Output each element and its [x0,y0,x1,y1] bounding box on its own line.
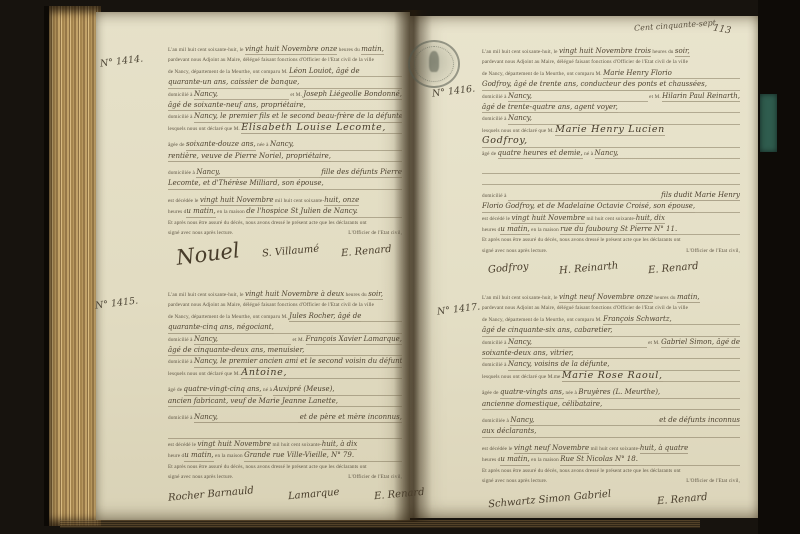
handwritten-text: Nancy, [508,337,532,348]
printed-text: domicilié à [482,114,508,124]
handwritten-text: quatre-vingt-cinq ans, [184,384,262,395]
record-line: signé avec nous après lecture.L'Officier… [168,472,402,482]
handwritten-text: Grande rue Ville-Vieille, N° 79. [244,450,354,461]
record-line: de Nancy, département de la Meurthe, ont… [482,314,740,325]
printed-text: domiciliée à [482,416,510,426]
record-line: Et après nous être assuré du décès, nous… [482,466,740,476]
handwritten-text: vingt huit Novembre [200,195,274,206]
record-line: de Nancy, département de la Meurthe, ont… [168,311,402,322]
official-seal-icon [408,40,460,88]
handwritten-text: rue du faubourg St Pierre N° 11. [560,224,677,235]
record-line: lesquels nous ont déclaré que M. Elisabe… [168,123,402,134]
record-line [482,174,740,184]
printed-text: signé avec nous après lecture. [482,246,547,256]
handwritten-text: François Schwartz, [603,314,672,325]
record-line: pardevant nous Adjoint au Maire, délégué… [482,57,740,67]
handwritten-text: Marie Henry Florio [603,68,672,79]
printed-text: est décédé le [168,440,197,450]
handwritten-text: huit, dix [636,213,665,224]
printed-text: L'an mil huit cent soixante-huit, le [482,47,559,57]
handwritten-text: quatre-vingts ans, [500,387,564,398]
handwritten-text: et de père et mère inconnus, [298,412,403,423]
handwritten-text: Joseph Liégeolle Bondonné, [303,89,402,100]
printed-text: domicilié à [168,90,194,100]
record-line: âgé de cinquante-deux ans, menuisier, [168,345,402,356]
officier-label: L'Officier de l'Etat civil, [348,472,402,482]
printed-text: domicilié à [168,335,194,345]
record-line: heures du matin, en la maison Rue St Nic… [482,454,740,465]
printed-text: domicilié à [482,360,508,370]
handwritten-text: Florio Godfroy, et de Madelaine Octavie … [482,201,695,212]
printed-text: domicilié à [482,338,508,348]
handwritten-text: u matin, [500,454,529,465]
signature: E. Renard [648,261,699,276]
handwritten-text: Léon Louiot, âgé de [289,66,359,77]
handwritten-text: Nancy, [270,139,294,150]
record-line: ancien fabricant, veuf de Marie Jeanne L… [168,396,402,407]
record-line: est décédé le vingt huit Novembre mil hu… [482,213,740,224]
signature-row: GodfroyH. ReinarthE. Renard [482,263,740,274]
handwritten-text: soir, [675,46,690,57]
printed-text: âgé de [168,385,184,395]
handwritten-text: fils dudit Marie Henry [659,190,740,201]
record-body: L'an mil huit cent soixante-huit, le vin… [168,289,402,482]
seal-figure [429,51,439,72]
printed-text: de Nancy, département de la Meurthe, ont… [482,315,603,325]
handwritten-text: Nancy, [194,334,218,345]
handwritten-text: quarante-un ans, caissier de banque, [168,77,299,88]
record-line: âgé de trente-quatre ans, agent voyer, [482,102,740,113]
printed-text: heures d [168,207,186,217]
record-line [482,164,740,174]
printed-text: Et après nous être assuré du décès, nous… [482,235,681,245]
register-scan: Cent cinquante-sept 113 N° 1414. L'an mi… [0,0,800,534]
handwritten-text: âgé de cinquante-deux ans, menuisier, [168,345,304,356]
handwritten-text: âgé de soixante-neuf ans, propriétaire, [168,100,306,111]
handwritten-text: Hilarin Paul Reinarth, [662,91,740,102]
handwritten-text: Nancy, [595,148,619,159]
record-line: pardevant nous Adjoint au Maire, délégué… [482,303,740,313]
handwritten-text: Jules Rocher, âgé de [289,311,361,322]
officier-label: L'Officier de l'Etat civil, [686,246,740,256]
record-line: L'an mil huit cent soixante-huit, le vin… [482,292,740,303]
printed-text: heures du [344,290,368,300]
printed-text: heures du [651,47,675,57]
handwritten-text: Nancy, [510,415,534,426]
handwritten-text: soixante-deux ans, vitrier, [482,348,574,359]
book-bottom-edge [60,520,700,528]
handwritten-text: Nancy, [194,412,218,423]
printed-text: domicilié à [168,112,194,122]
record-line: soixante-deux ans, vitrier, [482,348,740,359]
record-body: L'an mil huit cent soixante-huit, le vin… [482,292,740,487]
printed-text: L'an mil huit cent soixante-huit, le [168,45,245,55]
record-line: domiciliée à Nancy, et de défunts inconn… [482,415,740,426]
handwritten-text: Rue St Nicolas N° 18. [560,454,638,465]
death-record-entry: N° 1417. L'an mil huit cent soixante-hui… [482,292,740,505]
printed-text: né à [583,149,595,159]
printed-text: Et après nous être assuré du décès, nous… [168,218,367,228]
record-line: domicilié à Nancy, et M. Hilarin Paul Re… [482,91,740,102]
death-record-entry: N° 1414. L'an mil huit cent soixante-hui… [168,44,402,266]
handwritten-text: Gabriel Simon, âgé de [661,337,740,348]
printed-text: L'an mil huit cent soixante-huit, le [482,293,559,303]
book-fore-edge [44,6,101,526]
record-line: Et après nous être assuré du décès, nous… [168,218,402,228]
handwritten-name: Elisabeth Louise Lecomte, [241,123,386,134]
printed-text: domicilié à [168,357,194,367]
printed-text: lesquels nous ont déclaré que M.me [482,372,562,382]
printed-text: née à [564,388,578,398]
printed-text: mil huit cent soixante- [271,440,322,450]
handwritten-text: huit, à dix [322,439,358,450]
record-line: heures du matin, en la maison rue du fau… [482,224,740,235]
record-line: domicilié à fils dudit Marie Henry [482,190,740,201]
printed-text: pardevant nous Adjoint au Maire, délégué… [482,57,688,67]
record-line: âgé de quatre heures et demie, né à Nanc… [482,148,740,159]
record-line: pardevant nous Adjoint au Maire, délégué… [168,300,402,310]
record-line: âgé de soixante-neuf ans, propriétaire, [168,100,402,111]
signature: E. Renard [657,491,708,506]
ruled-fill-line [324,188,402,190]
record-line: L'an mil huit cent soixante-huit, le vin… [168,289,402,300]
printed-text: signé avec nous après lecture. [168,228,233,238]
handwritten-text: Nancy, [508,113,532,124]
record-line: Et après nous être assuré du décès, nous… [168,462,402,472]
printed-text: mil huit cent soixante- [273,196,324,206]
handwritten-text: Auxipré (Meuse), [273,384,334,395]
printed-text: lesquels nous ont déclaré que M. [168,124,241,134]
printed-text: de Nancy, département de la Meurthe, ont… [168,67,289,77]
handwritten-text: matin, [361,44,384,55]
printed-text: né à [262,385,274,395]
handwritten-text: quarante-cinq ans, négociant, [168,322,274,333]
printed-text: de Nancy, département de la Meurthe, ont… [168,312,289,322]
printed-text: et M. [289,90,303,100]
handwritten-text: aux déclarants, [482,426,536,437]
handwritten-text: u matin, [500,224,529,235]
printed-text: heures d [482,455,500,465]
ruled-fill-line [218,421,298,423]
handwritten-text: Nancy, le premier ancien ami et le secon… [194,356,402,367]
record-line: âgé de quatre-vingt-cinq ans, né à Auxip… [168,384,402,395]
record-line: est décédée le vingt neuf Novembre mil h… [482,443,740,454]
handwritten-text: ancienne domestique, célibataire, [482,399,602,410]
record-line: lesquels nous ont déclaré que M.me Marie… [482,371,740,382]
record-line: domicilié à Nancy, et de père et mère in… [168,412,402,423]
handwritten-text: fille des défunts Pierre [319,167,402,178]
record-line: Et après nous être assuré du décès, nous… [482,235,740,245]
printed-text: et M. [648,92,662,102]
printed-text: domicilié à [168,413,194,423]
printed-text: âgé de [482,149,498,159]
printed-text: en la maison [530,225,561,235]
printed-text: heures du [653,293,677,303]
record-line: ancienne domestique, célibataire, [482,399,740,410]
printed-text: est décédée le [482,444,514,454]
printed-text: en la maison [216,207,247,217]
handwritten-text: soixante-douze ans, [186,139,256,150]
printed-text: pardevant nous Adjoint au Maire, délégué… [168,300,374,310]
record-line: domicilié à Nancy, et M. Joseph Liégeoll… [168,89,402,100]
signature: Nouel [175,238,241,270]
printed-text: domicilié à [482,191,508,201]
handwritten-text: Nancy, [508,91,532,102]
record-line: domicilié à Nancy, et M. Gabriel Simon, … [482,337,740,348]
record-line: quarante-un ans, caissier de banque, [168,77,402,88]
handwritten-name: Marie Henry Lucien [555,125,665,136]
record-line: est décédée le vingt huit Novembre mil h… [168,195,402,206]
record-line: Godfroy, âgé de trente ans, conducteur d… [482,79,740,90]
record-line: rentière, veuve de Pierre Noriel, propri… [168,151,402,162]
ruled-fill-line [536,436,740,438]
signature-row: Schwartz Simon GabrielE. Renard [482,494,740,505]
cover-green-sliver [760,94,777,152]
officier-label: L'Officier de l'Etat civil, [686,476,740,486]
handwritten-text: vingt huit Novembre trois [559,46,651,57]
record-line: Godfroy, [482,136,740,147]
record-line: heure du matin, en la maison Grande rue … [168,450,402,461]
record-line: L'an mil huit cent soixante-huit, le vin… [168,44,402,55]
record-line: signé avec nous après lecture.L'Officier… [482,476,740,486]
handwritten-text: vingt neuf Novembre onze [559,292,653,303]
printed-text: domiciliée à [168,168,196,178]
printed-text: mil huit cent soixante- [589,444,640,454]
death-record-entry: N° 1415. L'an mil huit cent soixante-hui… [168,289,402,500]
signature: Lamarque [288,487,340,502]
ruled-fill-line [619,157,740,159]
signature-row: NouelS. VillauméE. Renard [168,246,402,266]
handwritten-text: vingt huit Novembre onze [245,44,337,55]
printed-text: est décédée le [168,196,200,206]
printed-text: âgée de [168,140,186,150]
handwritten-text: vingt huit Novembre [511,213,585,224]
ruled-fill-line [663,380,740,382]
signature: S. Villaumé [261,243,319,259]
handwritten-text: vingt huit Novembre [197,439,271,450]
record-line: âgée de quatre-vingts ans, née à Bruyère… [482,387,740,398]
printed-text: pardevant nous Adjoint au Maire, délégué… [168,55,374,65]
handwritten-text: vingt neuf Novembre [514,443,589,454]
signature: E. Renard [341,243,392,258]
handwritten-text: Lecomte, et d'Thérèse Milliard, son épou… [168,178,324,189]
officier-label: L'Officier de l'Etat civil, [348,228,402,238]
record-line: signé avec nous après lecture.L'Officier… [168,228,402,238]
handwritten-text: Bruyères (L. Meurthe), [578,387,660,398]
record-line: âgé de cinquante-six ans, cabaretier, [482,325,740,336]
handwritten-text: et de défunts inconnus [657,415,740,426]
handwritten-text: u matin, [186,206,215,217]
record-line: heures du matin, en la maison de l'hospi… [168,206,402,217]
handwritten-name: Godfroy, [482,136,528,147]
printed-text: et M. [291,335,305,345]
handwritten-text: âgé de trente-quatre ans, agent voyer, [482,102,618,113]
record-line: Florio Godfroy, et de Madelaine Octavie … [482,201,740,212]
printed-text: heures du [337,45,361,55]
record-line: L'an mil huit cent soixante-huit, le vin… [482,46,740,57]
handwritten-text: ancien fabricant, veuf de Marie Jeanne L… [168,396,338,407]
record-line: de Nancy, département de la Meurthe, ont… [482,68,740,79]
record-line: domicilié à Nancy, et M. François Xavier… [168,334,402,345]
ruled-fill-line [386,132,402,134]
printed-text: mil huit cent soixante- [585,214,636,224]
handwritten-text: Nancy, [194,89,218,100]
record-line: lesquels nous ont déclaré que M. Antoine… [168,368,402,379]
handwritten-text: Godfroy, âgé de trente ans, conducteur d… [482,79,707,90]
record-line: domiciliée à Nancy, fille des défunts Pi… [168,167,402,178]
printed-text: signé avec nous après lecture. [168,472,233,482]
handwritten-text: François Xavier Lamarque, [306,334,402,345]
printed-text: domicilié à [482,92,508,102]
handwritten-text: u matin, [184,450,213,461]
record-line: est décédé le vingt huit Novembre mil hu… [168,439,402,450]
ruled-fill-line [602,408,740,410]
printed-text: L'an mil huit cent soixante-huit, le [168,290,245,300]
record-line [168,428,402,438]
printed-text: Et après nous être assuré du décès, nous… [168,462,367,472]
signature: Godfroy [488,262,529,276]
handwritten-text: âgé de cinquante-six ans, cabaretier, [482,325,613,336]
ruled-fill-line [482,183,740,185]
ruled-fill-line [331,160,402,162]
record-line: pardevant nous Adjoint au Maire, délégué… [168,55,402,65]
printed-text: est décédé le [482,214,511,224]
death-record-entry: N° 1416. L'an mil huit cent soixante-hui… [482,46,740,274]
handwritten-text: rentière, veuve de Pierre Noriel, propri… [168,151,331,162]
record-line: aux déclarants, [482,426,740,437]
record-line: Lecomte, et d'Thérèse Milliard, son épou… [168,178,402,189]
handwritten-text: Nancy, [196,167,220,178]
ruled-fill-line [287,377,402,379]
printed-text: âgée de [482,388,500,398]
record-body: L'an mil huit cent soixante-huit, le vin… [168,44,402,239]
handwritten-name: Antoine, [241,368,287,379]
handwritten-text: vingt huit Novembre à deux [245,289,344,300]
handwritten-text: soir, [368,289,383,300]
record-line: de Nancy, département de la Meurthe, ont… [168,66,402,77]
printed-text: en la maison [214,451,245,461]
handwritten-text: de l'hospice St Julien de Nancy. [246,206,358,217]
printed-text: et M. [647,338,661,348]
record-line: quarante-cinq ans, négociant, [168,322,402,333]
record-line: signé avec nous après lecture.L'Officier… [482,246,740,256]
right-cover [758,0,800,534]
ruled-fill-line [338,405,402,407]
handwritten-name: Marie Rose Raoul, [562,371,663,382]
printed-text: en la maison [530,455,561,465]
printed-text: de Nancy, département de la Meurthe, ont… [482,69,603,79]
handwritten-text: huit, à quatre [640,443,688,454]
printed-text: heure d [168,451,184,461]
handwritten-text: quatre heures et demie, [498,148,583,159]
record-line: âgée de soixante-douze ans, née à Nancy, [168,139,402,150]
record-body: L'an mil huit cent soixante-huit, le vin… [482,46,740,256]
printed-text: lesquels nous ont déclaré que M. [168,369,241,379]
handwritten-text: huit, onze [324,195,359,206]
printed-text: née à [256,140,270,150]
signature-row: Rocher BarnauldLamarqueE. Renard [168,489,402,500]
printed-text: Et après nous être assuré du décès, nous… [482,466,681,476]
printed-text: pardevant nous Adjoint au Maire, délégué… [482,303,688,313]
printed-text: heures d [482,225,500,235]
handwritten-text: matin, [677,292,700,303]
printed-text: signé avec nous après lecture. [482,476,547,486]
